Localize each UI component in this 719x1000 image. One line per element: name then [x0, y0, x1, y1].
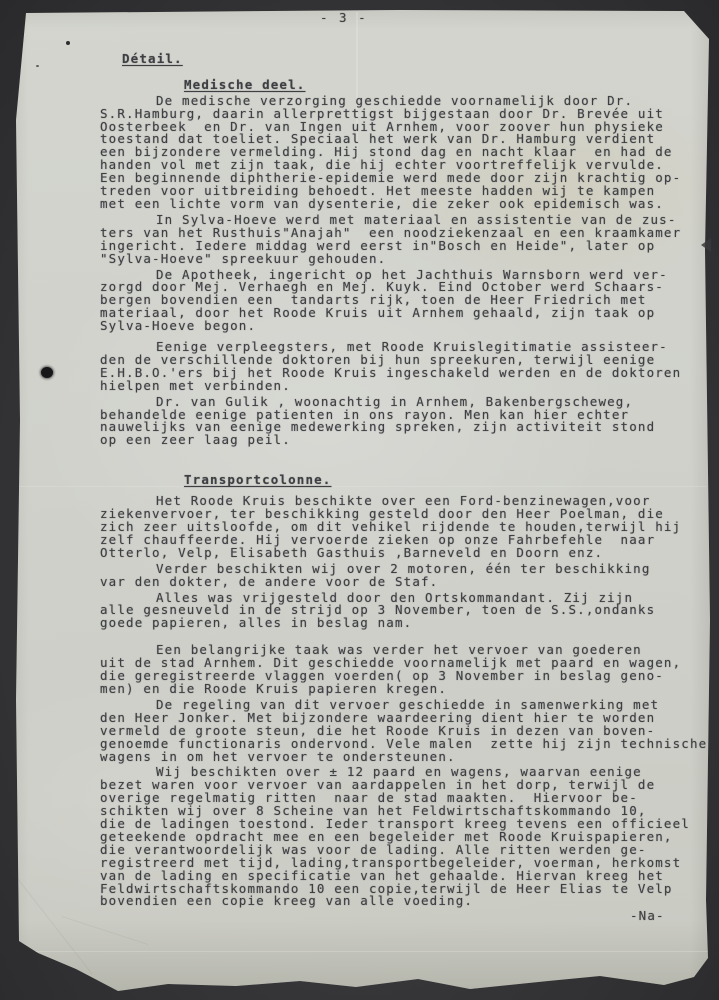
paragraph-ford: Het Roode Kruis beschikte over een Ford-…	[100, 495, 710, 560]
heading-medische-deel: Medische deel.	[184, 79, 710, 92]
paragraph-jonker: De regeling van dit vervoer geschiedde i…	[100, 699, 710, 764]
document-line: Otterlo, Velp, Elisabeth Gasthuis ,Barne…	[100, 547, 710, 560]
document-content: - 3 -Détail.Medische deel.De medische ve…	[100, 12, 710, 923]
ink-speck	[36, 65, 39, 67]
paragraph-motoren: Verder beschikten wij over 2 motoren, éé…	[100, 563, 710, 589]
document-line: hielpen met verbinden.	[100, 380, 710, 393]
document-line: goede papieren, alles in beslag nam.	[100, 617, 710, 630]
heading-detail: Détail.	[122, 53, 710, 66]
signature-initials: -Na-	[630, 910, 710, 923]
document-line: bovendien een copie kreeg van alle voedi…	[100, 895, 710, 908]
paragraph-van-gulik: Dr. van Gulik , woonachtig in Arnhem, Ba…	[100, 396, 710, 448]
paragraph-apotheek: De Apotheek, ingericht op het Jachthuis …	[100, 269, 710, 334]
paragraph-medische-1: De medische verzorging geschiedde voorna…	[100, 95, 710, 211]
document-line: Sylva-Hoeve begon.	[100, 320, 710, 333]
ink-speck	[66, 41, 70, 45]
crease-bottom	[14, 951, 714, 952]
document-line: "Sylva-Hoeve" spreekuur gehouden.	[100, 253, 710, 266]
document-line: op een zeer laag peil.	[100, 434, 710, 447]
paper-sheet: - 3 -Détail.Medische deel.De medische ve…	[0, 0, 719, 1000]
paragraph-vervoer-goederen: Een belangrijke taak was verder het verv…	[100, 644, 710, 696]
document-line: men) en die Roode Kruis papieren kregen.	[100, 683, 710, 696]
document-line: met een lichte vorm van dysenterie, die …	[100, 198, 710, 211]
heading-transportcolonne: Transportcolonne.	[184, 474, 710, 487]
scanned-document-page: { "colors":{"paper":"#d2d3cc","backgroun…	[0, 0, 719, 1000]
paragraph-verpleegsters: Eenige verpleegsters, met Roode Kruisleg…	[100, 341, 710, 393]
document-line: wagens in om het vervoer te ondersteunen…	[100, 751, 710, 764]
hole-punch-mark	[41, 367, 53, 378]
paragraph-paard-en-wagens: Wij beschikten over ± 12 paard en wagens…	[100, 766, 710, 908]
page-number: - 3 -	[320, 12, 710, 25]
paragraph-sylva-hoeve: In Sylva-Hoeve werd met materiaal en ass…	[100, 214, 710, 266]
document-line: var den dokter, de andere voor de Staf.	[100, 576, 710, 589]
paragraph-ortskommandant: Alles was vrijgesteld door den Ortskomma…	[100, 592, 710, 631]
